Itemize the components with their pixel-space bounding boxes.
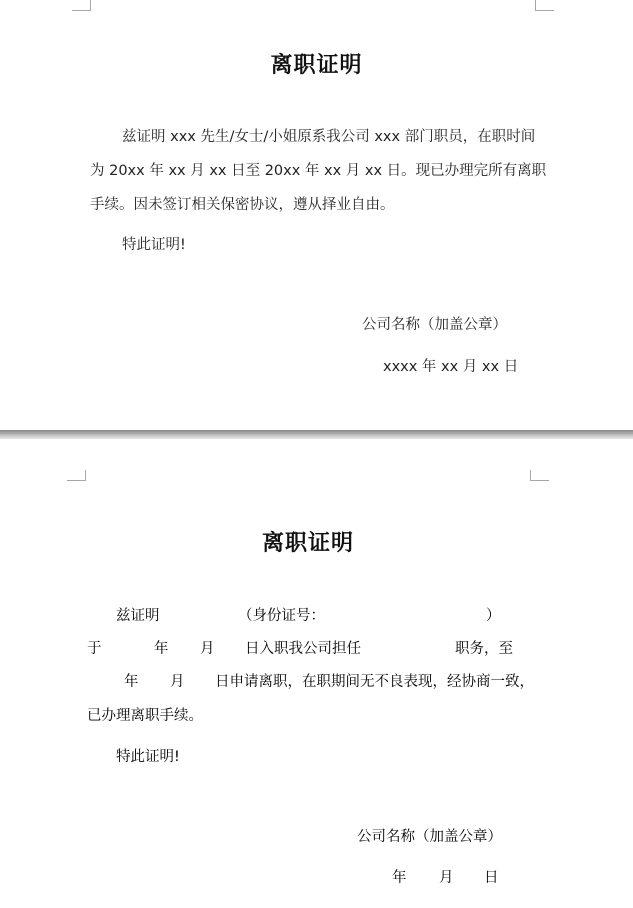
margin-corner-mark-top-left	[72, 0, 91, 11]
margin-corner-mark-top-left	[67, 470, 86, 481]
page-separator	[0, 430, 633, 439]
id-number-close: ）	[486, 604, 501, 625]
join-year-label: 年	[154, 637, 169, 658]
date-month-label: 月	[439, 866, 454, 887]
leave-year-label: 年	[124, 670, 139, 691]
closing-text: 特此证明!	[116, 745, 180, 766]
company-name-label: 公司名称（加盖公章）	[362, 313, 507, 334]
join-month-label: 月	[200, 637, 215, 658]
company-name-label: 公司名称（加盖公章）	[357, 825, 502, 846]
duty-text: 职务，至	[455, 637, 513, 658]
document-page-1: 离职证明 兹证明 xxx 先生/女士/小姐原系我公司 xxx 部门职员，在职时间…	[0, 0, 633, 430]
date-line: xxxx 年 xx 月 xx 日	[383, 355, 518, 376]
margin-corner-mark-top-right	[535, 0, 554, 11]
leave-month-label: 月	[170, 670, 185, 691]
document-page-2: 离职证明 兹证明 （身份证号： ） 于 年 月 日入职我公司担任 职务，至 年 …	[0, 439, 633, 908]
body-line-4: 已办理离职手续。	[87, 704, 203, 725]
date-year-label: 年	[392, 866, 407, 887]
date-day-label: 日	[484, 866, 499, 887]
body-line-1: 兹证明 xxx 先生/女士/小姐原系我公司 xxx 部门职员，在职时间	[122, 125, 535, 146]
certify-prefix: 兹证明	[116, 604, 160, 625]
id-number-label: （身份证号：	[238, 604, 325, 625]
since-text: 于	[87, 637, 102, 658]
margin-corner-mark-top-right	[530, 470, 549, 481]
page-title: 离职证明	[0, 48, 633, 79]
closing-text: 特此证明!	[122, 233, 186, 254]
leave-day-text: 日申请离职，在职期间无不良表现，经协商一致，	[215, 670, 534, 691]
join-day-text: 日入职我公司担任	[245, 637, 361, 658]
page-title: 离职证明	[0, 526, 616, 557]
body-line-2: 为 20xx 年 xx 月 xx 日至 20xx 年 xx 月 xx 日。现已办…	[90, 159, 546, 180]
body-line-3: 手续。因未签订相关保密协议，遵从择业自由。	[90, 193, 395, 214]
